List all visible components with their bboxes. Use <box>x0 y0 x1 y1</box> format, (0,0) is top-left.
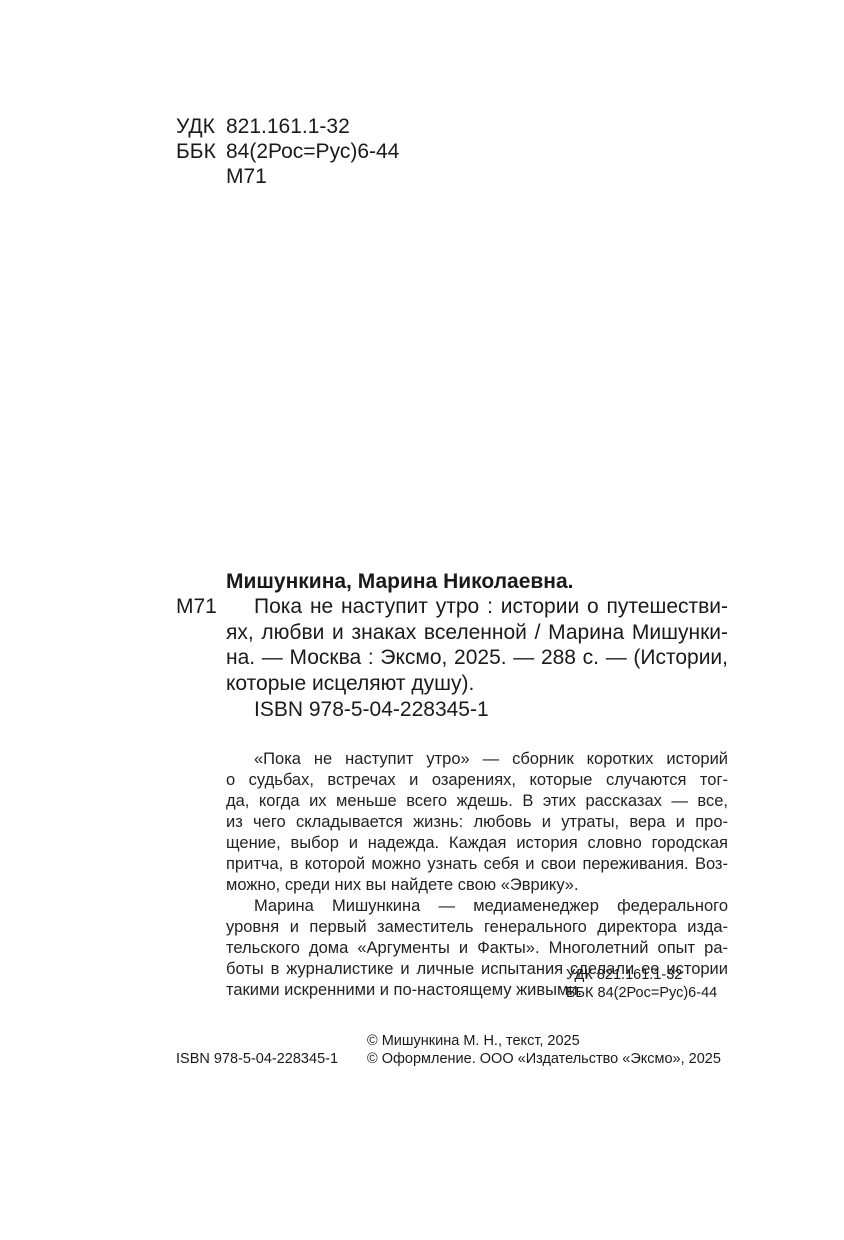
annotation-line: о судьбах, встречах и озарениях, которые… <box>226 770 728 791</box>
isbn-main: ISBN 978-5-04-228345-1 <box>254 697 489 722</box>
annotation-line: тельского дома «Аргументы и Факты». Мног… <box>226 938 728 959</box>
author-mark-top: М71 <box>226 164 267 189</box>
biblio-line: Пока не наступит утро : истории о путеше… <box>226 594 728 620</box>
annotation-line: «Пока не наступит утро» — сборник коротк… <box>226 749 728 770</box>
author-mark-row: М71 <box>176 164 399 189</box>
biblio-line: на. — Москва : Эксмо, 2025. — 288 с. — (… <box>226 645 728 671</box>
annotation-line: из чего складывается жизнь: любовь и утр… <box>226 812 728 833</box>
udk-label: УДК <box>176 114 226 139</box>
udk-value: 821.161.1-32 <box>226 114 350 139</box>
annotation-line: Марина Мишункина — медиаменеджер федерал… <box>226 896 728 917</box>
biblio-line: ях, любви и знаках вселенной / Марина Ми… <box>226 620 728 646</box>
annotation-line: уровня и первый заместитель генерального… <box>226 917 728 938</box>
udk-row: УДК 821.161.1-32 <box>176 114 399 139</box>
text-copyright: © Мишункина М. Н., текст, 2025 <box>367 1032 721 1050</box>
isbn-bottom: ISBN 978-5-04-228345-1 <box>176 1050 338 1068</box>
annotation-line: притча, в которой можно узнать себя и св… <box>226 854 728 875</box>
bbk-value: 84(2Рос=Рус)6-44 <box>226 139 399 164</box>
annotation: «Пока не наступит утро» — сборник коротк… <box>226 749 728 1001</box>
top-classification-block: УДК 821.161.1-32 ББК 84(2Рос=Рус)6-44 М7… <box>176 114 399 189</box>
author-heading: Мишункина, Марина Николаевна. <box>226 569 574 594</box>
annotation-line: да, когда их меньше всего ждешь. В этих … <box>226 791 728 812</box>
bottom-classification-block: УДК 821.161.1-32 ББК 84(2Рос=Рус)6-44 <box>566 966 717 1002</box>
copyright-block: © Мишункина М. Н., текст, 2025 © Оформле… <box>367 1032 721 1068</box>
biblio-line: которые исцеляют душу). <box>226 671 728 697</box>
annotation-line: можно, среди них вы найдете свою «Эврику… <box>226 875 728 896</box>
bbk-row: ББК 84(2Рос=Рус)6-44 <box>176 139 399 164</box>
bibliographic-description: Пока не наступит утро : истории о путеше… <box>226 594 728 696</box>
bottom-udk: УДК 821.161.1-32 <box>566 966 717 984</box>
design-copyright: © Оформление. ООО «Издательство «Эксмо»,… <box>367 1050 721 1068</box>
annotation-line: щение, выбор и надежда. Каждая история с… <box>226 833 728 854</box>
bbk-label: ББК <box>176 139 226 164</box>
bottom-bbk: ББК 84(2Рос=Рус)6-44 <box>566 984 717 1002</box>
author-mark: М71 <box>176 594 217 619</box>
